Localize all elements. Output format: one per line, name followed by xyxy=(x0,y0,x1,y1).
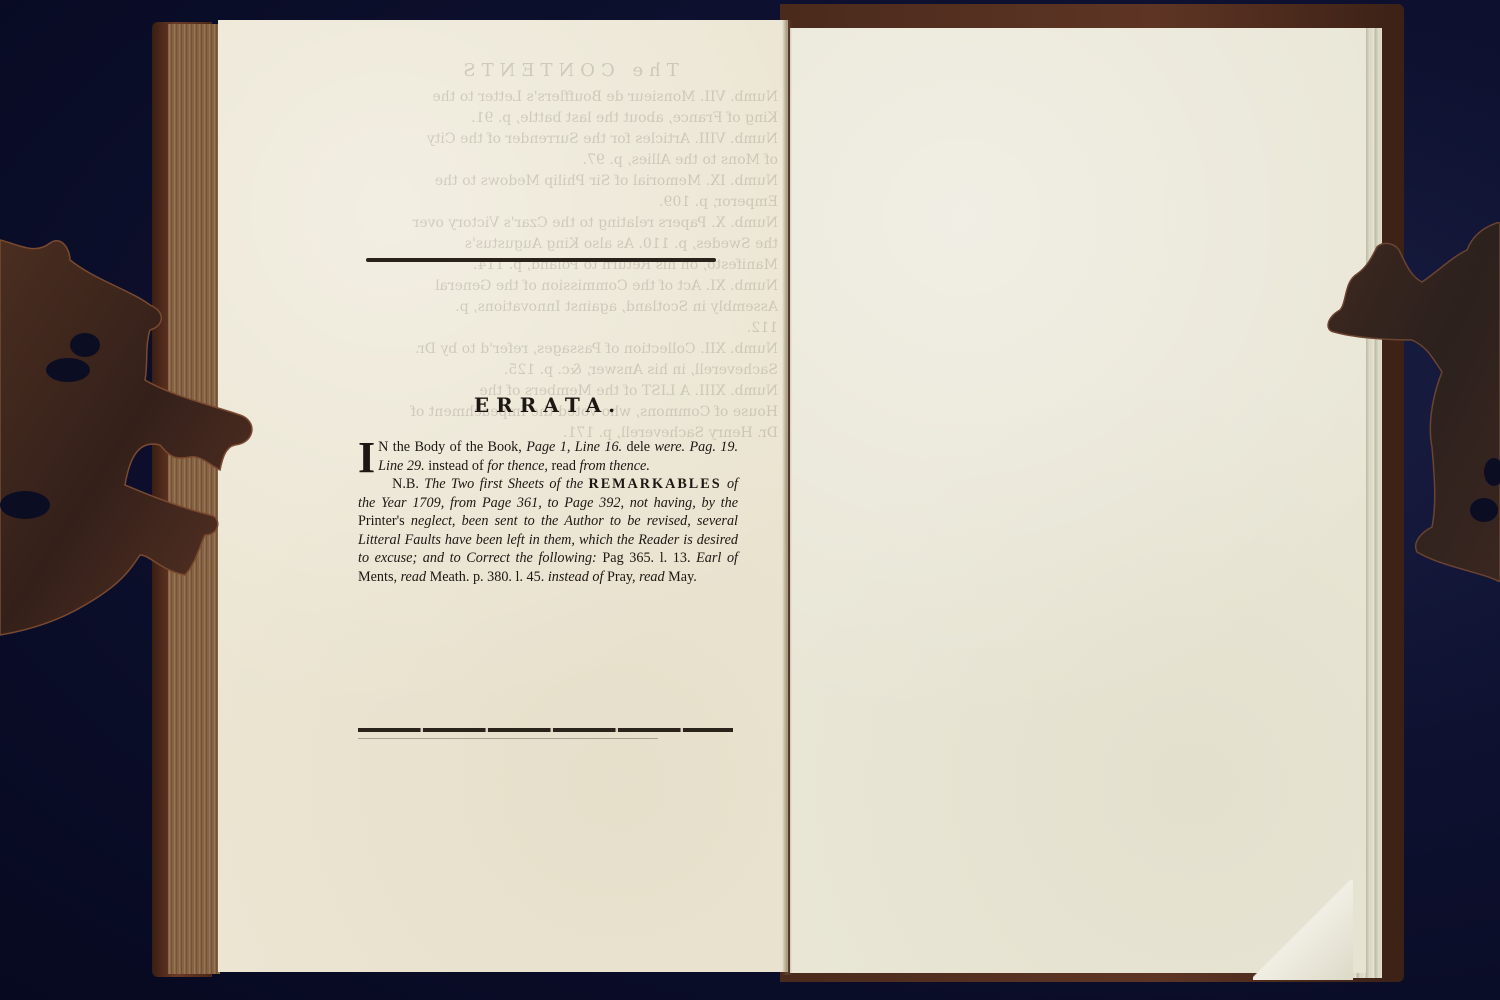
bleed-line: of Mons to the Allies, p. 97. xyxy=(358,150,778,171)
bleed-line: 112. xyxy=(358,318,778,339)
bleed-title: The CONTENTS xyxy=(358,60,778,81)
text: for thence, xyxy=(487,458,548,474)
bottom-rule xyxy=(358,728,733,732)
text: dele xyxy=(622,439,654,455)
book-weight-right xyxy=(1322,222,1500,582)
bleed-line: Numb. VIII. Articles for the Surrender o… xyxy=(358,129,778,150)
text: instead of xyxy=(425,458,488,474)
text: N.B. xyxy=(392,476,424,492)
bleed-line: Numb. VII. Monsieur de Boufflers's Lette… xyxy=(358,87,778,108)
page-corner-fold xyxy=(1253,880,1353,980)
bleed-line: the Swedes, p. 110. As also King Augustu… xyxy=(358,234,778,255)
book-weight-left xyxy=(0,225,260,645)
text: were. xyxy=(655,439,686,455)
bleed-line: Numb. IX. Memorial of Sir Philip Medows … xyxy=(358,171,778,192)
text: Pag 365. l. 13. xyxy=(602,550,690,566)
text: REMARKABLES xyxy=(588,476,721,492)
text: Pray, xyxy=(607,569,636,585)
text: May. xyxy=(668,569,697,585)
drop-cap: I xyxy=(358,440,375,476)
text: Page 1, Line 16. xyxy=(526,439,622,455)
text: read xyxy=(548,458,580,474)
text: p. 380. l. 45. xyxy=(473,569,544,585)
bleed-line: King of France, about the last battle, p… xyxy=(358,108,778,129)
bleed-through-contents: The CONTENTS Numb. VII. Monsieur de Bouf… xyxy=(358,60,778,444)
bleed-line: Numb. XI. Act of the Commission of the G… xyxy=(358,276,778,297)
bleed-line: Numb. X. Papers relating to the Czar's V… xyxy=(358,213,778,234)
bottom-rule-thin xyxy=(358,738,658,739)
text: Earl of xyxy=(691,550,738,566)
text: Printer's xyxy=(358,513,405,529)
text: Meath. xyxy=(430,569,470,585)
book-weight-right-shape xyxy=(1322,222,1500,582)
text: read xyxy=(397,569,430,585)
text: instead of xyxy=(544,569,607,585)
right-page xyxy=(790,28,1366,973)
errata-heading: ERRATA. xyxy=(358,393,738,417)
book-weight-left-shape xyxy=(0,225,260,645)
text: The Two first Sheets of the xyxy=(424,476,588,492)
bleed-line: Numb. XII. Collection of Passages, refer… xyxy=(358,339,778,360)
top-rule xyxy=(366,258,716,262)
text: N the Body of the Book, xyxy=(378,439,526,455)
bleed-line: Emperor, p. 109. xyxy=(358,192,778,213)
errata-paragraph-2: N.B. The Two first Sheets of the REMARKA… xyxy=(358,475,738,586)
errata-body: IN the Body of the Book, Page 1, Line 16… xyxy=(358,438,738,586)
bleed-line: Assembly in Scotland, against Innovation… xyxy=(358,297,778,318)
text: read xyxy=(636,569,669,585)
errata-paragraph-1: IN the Body of the Book, Page 1, Line 16… xyxy=(358,438,738,475)
bleed-line: Sacheverell, in his Answer, &c. p. 125. xyxy=(358,360,778,381)
book-gutter xyxy=(782,20,792,975)
text: from thence. xyxy=(579,458,649,474)
text: Ments, xyxy=(358,569,397,585)
